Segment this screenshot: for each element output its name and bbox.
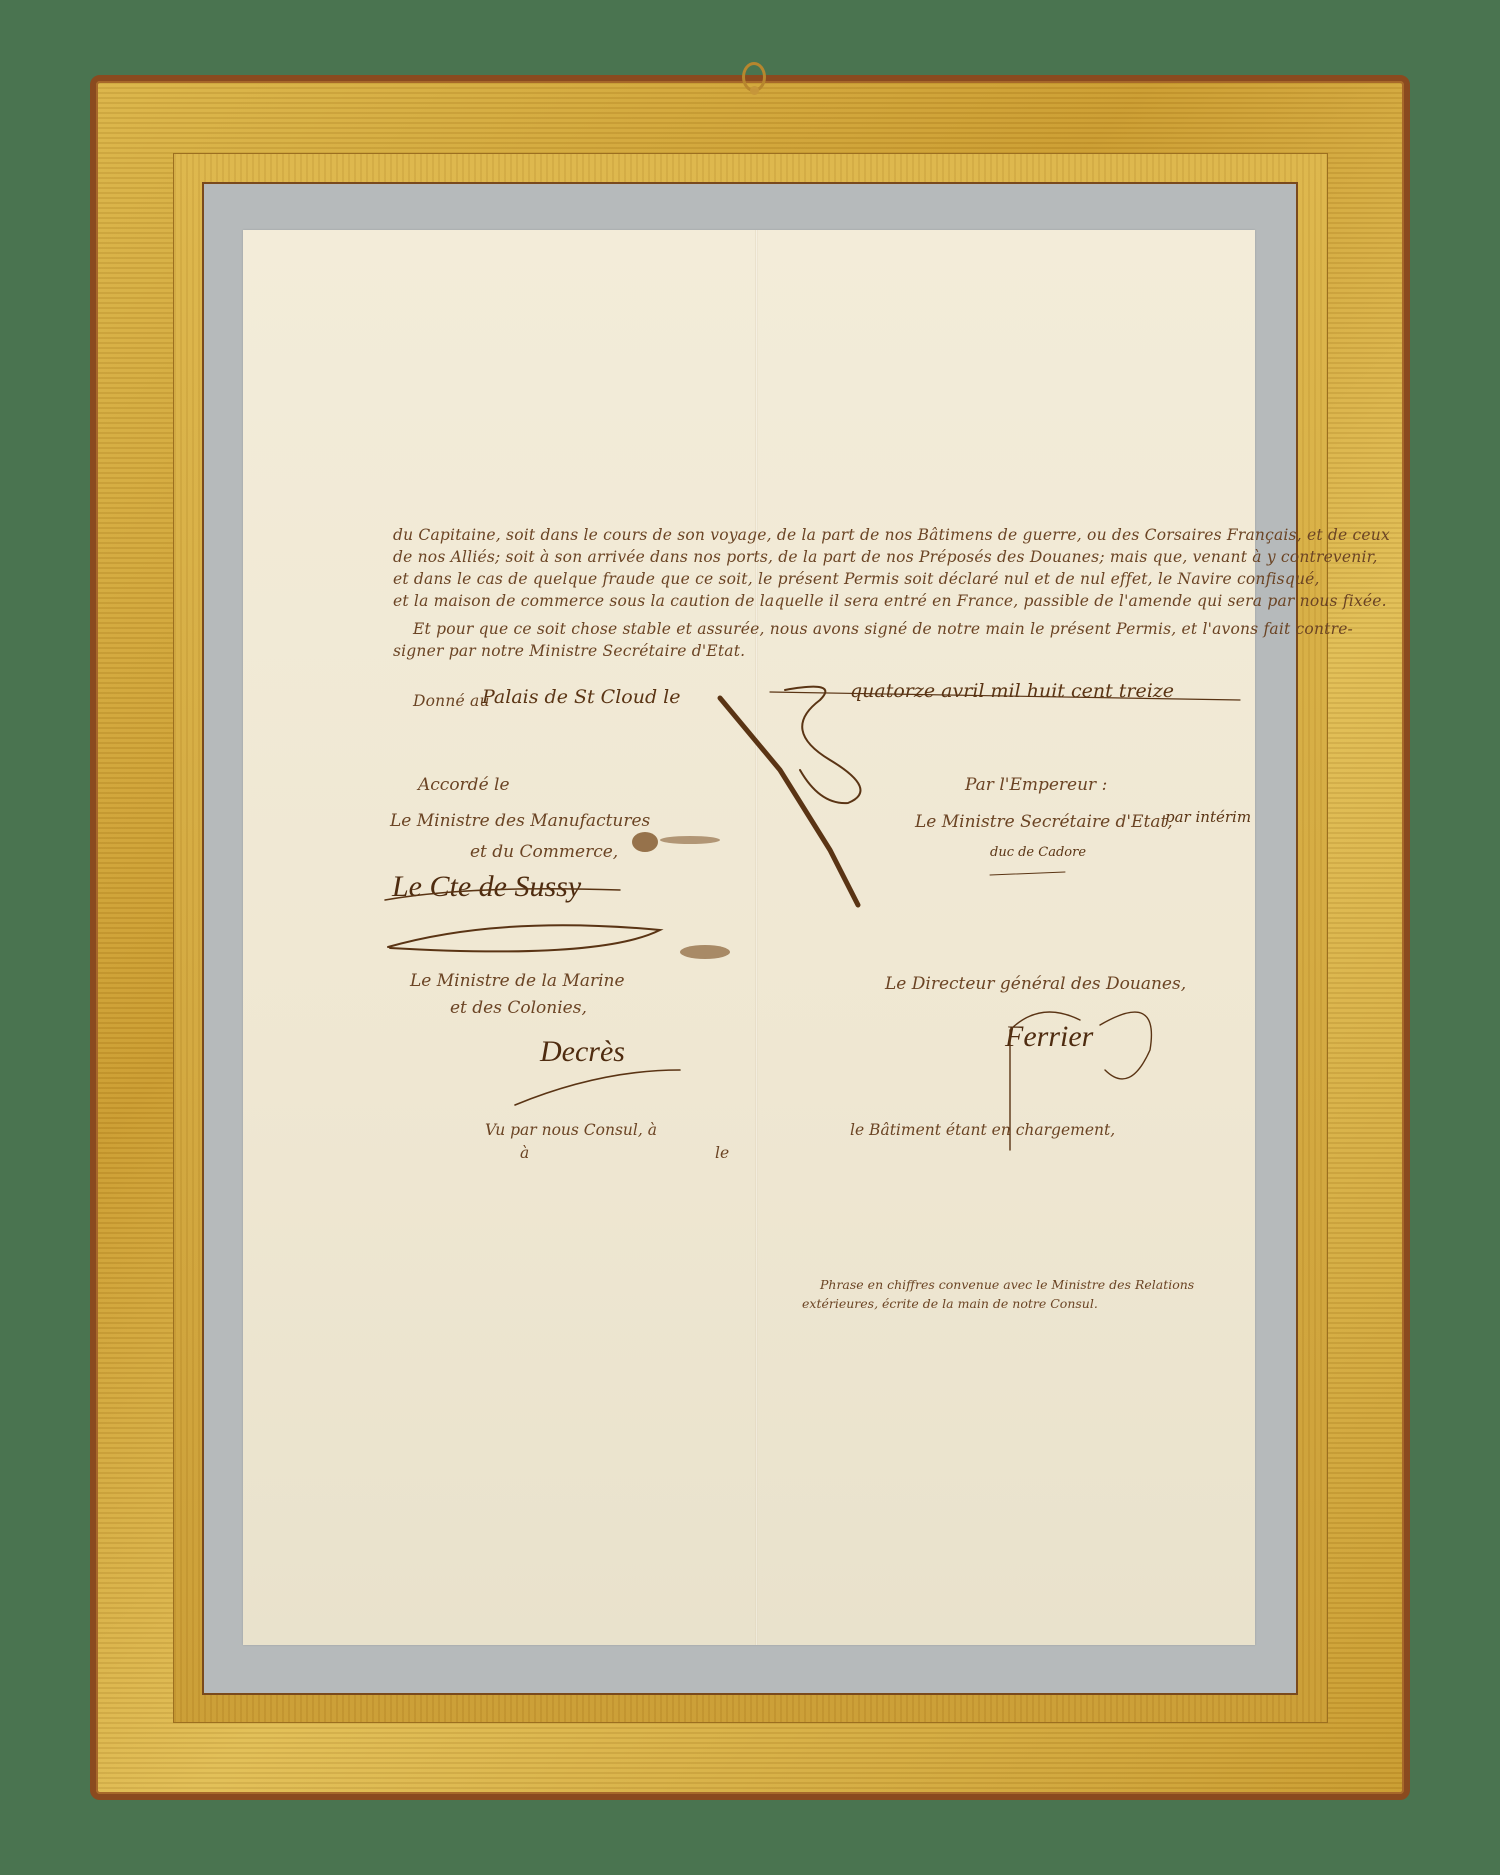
document-sheet xyxy=(243,230,1255,1645)
ministre-marine-title: Le Ministre de la Marine xyxy=(410,971,625,991)
closing-line-2: signer par notre Ministre Secrétaire d'E… xyxy=(393,642,745,660)
closing-line-1: Et pour que ce soit chose stable et assu… xyxy=(413,620,1353,638)
ministre-manufactures-title: Le Ministre des Manufactures xyxy=(390,811,650,831)
signature-cadore: duc de Cadore xyxy=(990,845,1086,860)
cipher-note-line-2: extérieures, écrite de la main de notre … xyxy=(802,1296,1098,1311)
given-at-printed: Donné au xyxy=(413,692,490,710)
paragraph-line-2: de nos Alliés; soit à son arrivée dans n… xyxy=(393,548,1378,566)
given-at-date: quatorze avril mil huit cent treize xyxy=(850,680,1174,702)
paragraph-line-3: et dans le cas de quelque fraude que ce … xyxy=(393,570,1320,588)
ink-stain xyxy=(632,832,658,852)
given-at-place: Palais de St Cloud le xyxy=(482,686,680,708)
hanging-ring-icon xyxy=(742,62,766,92)
cipher-note-line-1: Phrase en chiffres convenue avec le Mini… xyxy=(820,1277,1194,1292)
signature-decres: Decrès xyxy=(540,1035,625,1069)
accorde-label: Accordé le xyxy=(418,775,510,795)
commerce-title: et du Commerce, xyxy=(470,842,618,862)
par-interim-note: par intérim xyxy=(1165,808,1251,826)
signature-sussy: Le Cte de Sussy xyxy=(392,870,581,904)
par-empereur-label: Par l'Empereur : xyxy=(965,775,1107,795)
center-fold xyxy=(755,230,758,1645)
signature-ferrier: Ferrier xyxy=(1005,1020,1093,1054)
colonies-title: et des Colonies, xyxy=(450,998,587,1018)
consul-place: à xyxy=(520,1144,529,1162)
consul-line: Vu par nous Consul, à xyxy=(485,1121,657,1139)
consul-date: le xyxy=(715,1144,729,1162)
directeur-douanes-title: Le Directeur général des Douanes, xyxy=(885,974,1186,994)
paragraph-line-1: du Capitaine, soit dans le cours de son … xyxy=(393,526,1390,544)
secretaire-etat-title: Le Ministre Secrétaire d'Etat, xyxy=(915,812,1173,832)
ink-stain xyxy=(680,945,730,959)
ink-stain xyxy=(660,836,720,844)
paragraph-line-4: et la maison de commerce sous la caution… xyxy=(393,592,1387,610)
batiment-status: le Bâtiment étant en chargement, xyxy=(850,1121,1115,1139)
